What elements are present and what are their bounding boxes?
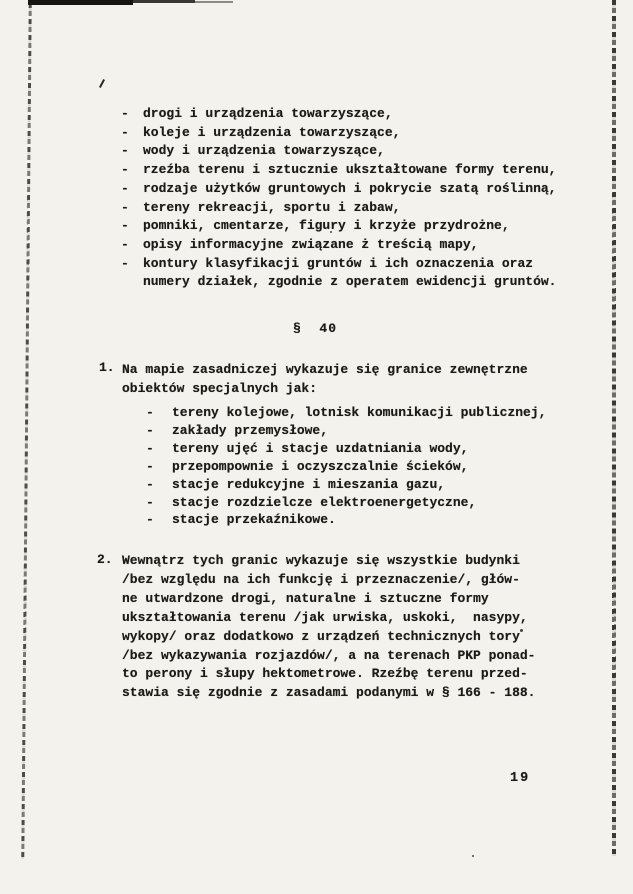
- scanned-document-page: -drogi i urządzenia towarzyszące, -kolej…: [0, 0, 633, 894]
- scan-speck: [472, 855, 474, 857]
- list-item-text: wody i urządzenia towarzyszące,: [143, 142, 385, 161]
- list-item: -pomniki, cmentarze, figury i krzyże prz…: [121, 217, 556, 236]
- list-item-text: pomniki, cmentarze, figury i krzyże przy…: [143, 217, 510, 236]
- sub-list-item-text: zakłady przemysłowe,: [172, 422, 328, 440]
- list-item: -tereny rekreacji, sportu i zabaw,: [121, 199, 556, 218]
- sub-list-item: -przepompownie i oczyszczalnie ścieków,: [146, 458, 546, 476]
- sub-list-item: -zakłady przemysłowe,: [146, 422, 546, 440]
- dash-bullet: -: [146, 458, 172, 476]
- intro-dash-list: -drogi i urządzenia towarzyszące, -kolej…: [121, 105, 556, 292]
- paragraph-line: obiektów specjalnych jak:: [122, 379, 528, 398]
- list-item: -wody i urządzenia towarzyszące,: [121, 142, 556, 161]
- dash-bullet: -: [121, 105, 143, 124]
- list-item: -opisy informacyjne związane ż treścią m…: [121, 236, 556, 255]
- scan-left-edge-scratch: [21, 3, 31, 859]
- scan-stray-mark: [99, 79, 105, 88]
- dash-bullet: -: [121, 180, 143, 199]
- list-item-text: kontury klasyfikacji gruntów i ich oznac…: [143, 255, 533, 274]
- sub-list-item-text: tereny kolejowe, lotnisk komunikacji pub…: [172, 404, 546, 422]
- section-heading: § 40: [293, 321, 337, 336]
- dash-bullet: -: [121, 255, 143, 274]
- list-item: -kontury klasyfikacji gruntów i ich ozna…: [121, 255, 556, 274]
- item1-paragraph: Na mapie zasadniczej wykazuje się granic…: [122, 360, 528, 398]
- dash-bullet: -: [121, 124, 143, 143]
- scan-top-bar-tail: [195, 1, 233, 3]
- dash-bullet: -: [146, 440, 172, 458]
- dash-bullet: -: [121, 236, 143, 255]
- sub-list-item-text: przepompownie i oczyszczalnie ścieków,: [172, 458, 468, 476]
- paragraph-line: ne utwardzone drogi, naturalne i sztuczn…: [122, 590, 535, 609]
- dash-bullet: -: [121, 217, 143, 236]
- scan-top-bar-segment: [133, 0, 195, 3]
- paragraph-line: Na mapie zasadniczej wykazuje się granic…: [122, 360, 528, 379]
- sub-list-item: -stacje przekaźnikowe.: [146, 511, 546, 529]
- dash-bullet: -: [121, 161, 143, 180]
- sub-list-item-text: stacje przekaźnikowe.: [172, 511, 336, 529]
- dash-bullet: -: [146, 494, 172, 512]
- list-item: -rodzaje użytków gruntowych i pokrycie s…: [121, 180, 556, 199]
- scan-top-bar: [28, 0, 133, 5]
- sub-list-item-text: tereny ujęć i stacje uzdatniania wody,: [172, 440, 468, 458]
- sub-list-item-text: stacje redukcyjne i mieszania gazu,: [172, 476, 445, 494]
- dash-bullet: -: [146, 511, 172, 529]
- paragraph-line: wykopy/ oraz dodatkowo z urządzeń techni…: [122, 628, 535, 647]
- list-item-text: koleje i urządzenia towarzyszące,: [143, 124, 400, 143]
- item1-sub-list: -tereny kolejowe, lotnisk komunikacji pu…: [146, 404, 546, 529]
- list-item-text: rodzaje użytków gruntowych i pokrycie sz…: [143, 180, 556, 199]
- paragraph-line: stawia się zgodnie z zasadami podanymi w…: [122, 684, 535, 703]
- paragraph-line: /bez względu na ich funkcję i przeznacze…: [122, 571, 535, 590]
- scan-right-edge-scratch: [612, 0, 616, 856]
- paragraph-line: Wewnątrz tych granic wykazuje się wszyst…: [122, 552, 535, 571]
- dash-bullet: -: [121, 142, 143, 161]
- sub-list-item: -stacje rozdzielcze elektroenergetyczne,: [146, 494, 546, 512]
- list-item-text: tereny rekreacji, sportu i zabaw,: [143, 199, 400, 218]
- list-item-text: opisy informacyjne związane ż treścią ma…: [143, 236, 478, 255]
- page-number: 19: [510, 771, 530, 786]
- dash-bullet: -: [146, 422, 172, 440]
- sub-list-item-text: stacje rozdzielcze elektroenergetyczne,: [172, 494, 476, 512]
- list-item: -rzeźba terenu i sztucznie ukształtowane…: [121, 161, 556, 180]
- list-item: -koleje i urządzenia towarzyszące,: [121, 124, 556, 143]
- paragraph-line: ukształtowania terenu /jak urwiska, usko…: [122, 609, 535, 628]
- item2-paragraph: Wewnątrz tych granic wykazuje się wszyst…: [122, 552, 535, 703]
- sub-list-item: -stacje redukcyjne i mieszania gazu,: [146, 476, 546, 494]
- item1-number: 1.: [99, 360, 115, 375]
- paragraph-line: to perony i słupy hektometrowe. Rzeźbę t…: [122, 665, 535, 684]
- list-item: -drogi i urządzenia towarzyszące,: [121, 105, 556, 124]
- paragraph-line: /bez wykazywania rozjazdów/, a na terena…: [122, 647, 535, 666]
- dash-bullet: -: [146, 404, 172, 422]
- list-item-text: numery działek, zgodnie z operatem ewide…: [143, 273, 556, 292]
- dash-bullet: -: [146, 476, 172, 494]
- sub-list-item: -tereny kolejowe, lotnisk komunikacji pu…: [146, 404, 546, 422]
- dash-bullet: -: [121, 199, 143, 218]
- list-item-text: rzeźba terenu i sztucznie ukształtowane …: [143, 161, 556, 180]
- list-item-text: drogi i urządzenia towarzyszące,: [143, 105, 393, 124]
- item2-number: 2.: [97, 552, 113, 567]
- list-item-continuation: numery działek, zgodnie z operatem ewide…: [121, 273, 556, 292]
- sub-list-item: -tereny ujęć i stacje uzdatniania wody,: [146, 440, 546, 458]
